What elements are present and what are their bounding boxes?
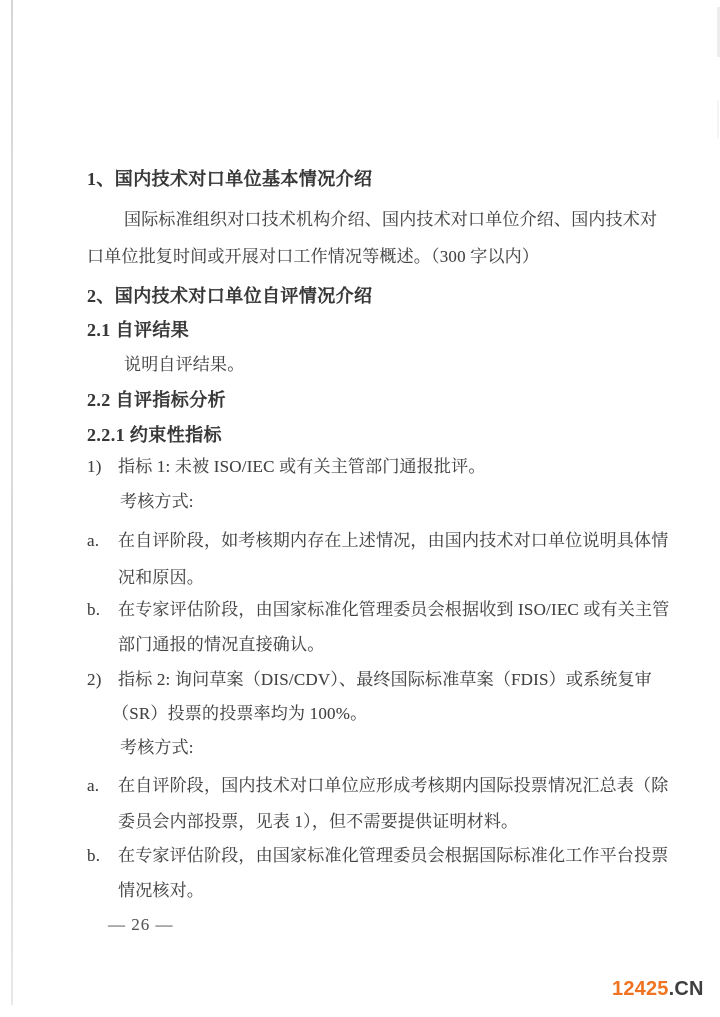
indicator-1-item-a-line-2: 况和原因。 [118,567,204,589]
indicator-2-item-a-line-1: 在自评阶段，国内技术对口单位应形成考核期内国际投票情况汇总表（除 [118,775,668,797]
indicator-2-item-a-line-2: 委员会内部投票，见表 1），但不需要提供证明材料。 [118,811,518,833]
watermark-tld: .CN [669,978,704,1000]
indicator-1-item-b-marker: b. [87,599,100,621]
indicator-2-item-b-marker: b. [87,845,100,867]
indicator-1-item-b-line-1: 在专家评估阶段，由国家标准化管理委员会根据收到 ISO/IEC 或有关主管 [118,599,669,621]
scan-edge-line [11,0,13,1005]
indicator-2-item-a-marker: a. [87,775,99,797]
indicator-1-marker: 1) [87,456,102,478]
indicator-2-method-label: 考核方式: [120,737,194,759]
indicator-2-item-b-line-2: 情况核对。 [118,880,204,902]
section-2-2-1-heading: 2.2.1 约束性指标 [87,424,222,446]
watermark-site-name: 12425 [612,978,669,1000]
indicator-2-text-line-1: 指标 2: 询问草案（DIS/CDV）、最终国际标准草案（FDIS）或系统复审 [118,669,652,691]
indicator-1-text: 指标 1: 未被 ISO/IEC 或有关主管部门通报批评。 [118,456,486,478]
page-number: — 26 — [108,915,174,935]
watermark: 12425.CN [612,978,704,1001]
indicator-1-method-label: 考核方式: [120,491,194,513]
scan-artifact-top-right-2 [717,100,719,138]
indicator-1-item-b-line-2: 部门通报的情况直接确认。 [118,634,324,656]
section-2-1-body: 说明自评结果。 [124,354,244,376]
indicator-2-item-b-line-1: 在专家评估阶段，由国家标准化管理委员会根据国际标准化工作平台投票 [118,845,668,867]
indicator-1-item-a-line-1: 在自评阶段，如考核期内存在上述情况，由国内技术对口单位说明具体情 [118,530,668,552]
section-2-2-heading: 2.2 自评指标分析 [87,389,226,411]
section-2-1-heading: 2.1 自评结果 [87,319,189,341]
section-1-para-line-1: 国际标准组织对口技术机构介绍、国内技术对口单位介绍、国内技术对 [124,209,657,231]
section-1-heading: 1、国内技术对口单位基本情况介绍 [87,168,372,190]
indicator-2-text-line-2: （SR）投票的投票率均为 100%。 [112,703,367,725]
indicator-1-item-a-marker: a. [87,530,99,552]
section-1-para-line-2: 口单位批复时间或开展对口工作情况等概述。（300 字以内） [87,246,539,268]
document-page: 1、国内技术对口单位基本情况介绍 国际标准组织对口技术机构介绍、国内技术对口单位… [0,0,720,1017]
indicator-2-marker: 2) [87,669,102,691]
section-2-heading: 2、国内技术对口单位自评情况介绍 [87,285,372,307]
